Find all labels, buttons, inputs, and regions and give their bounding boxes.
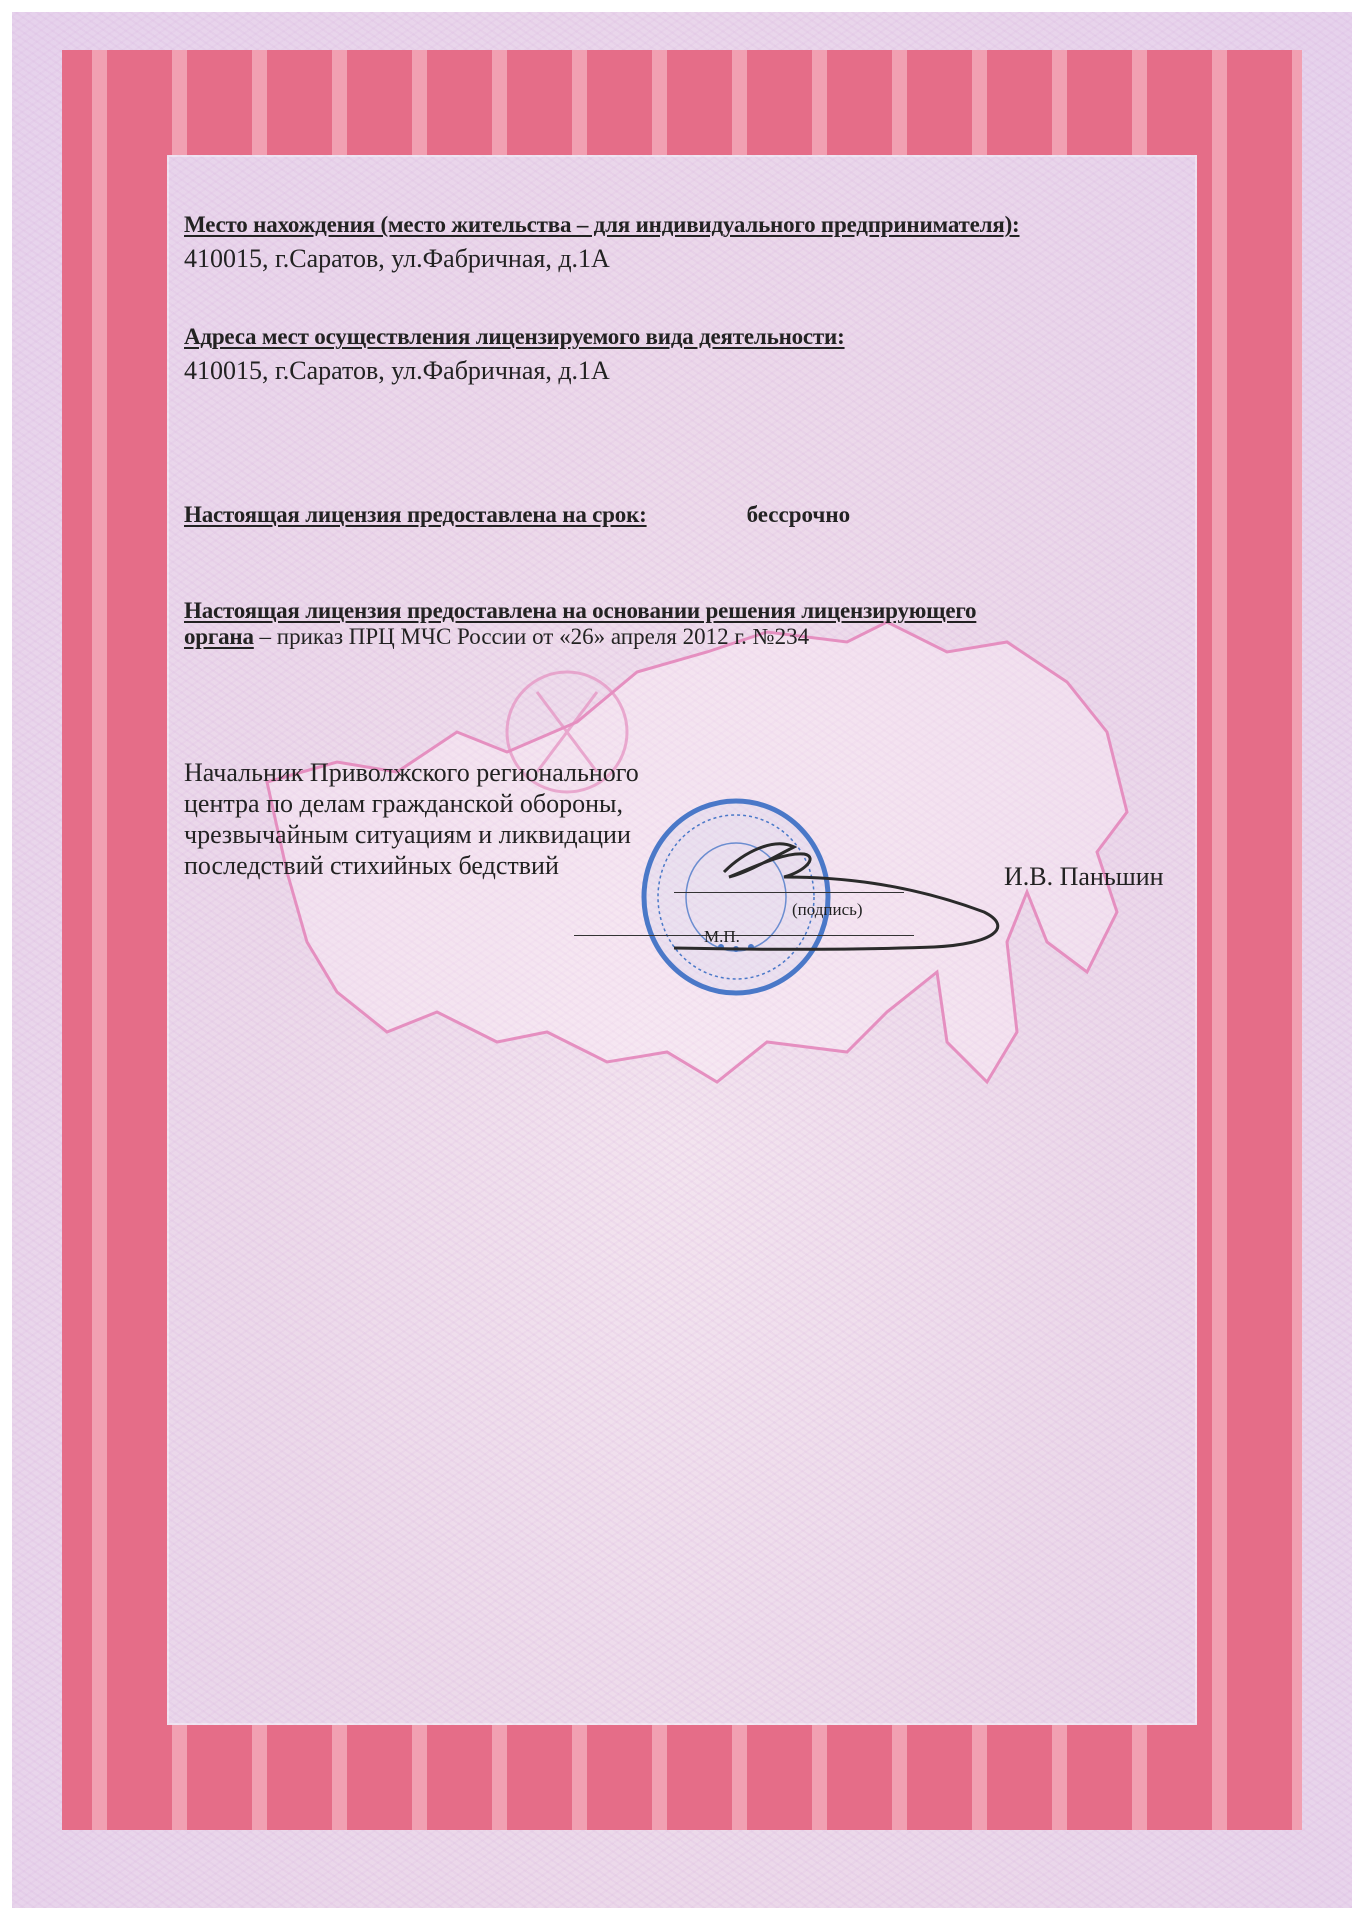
license-sheet: Место нахождения (место жительства – для… <box>12 12 1352 1908</box>
activity-address-heading: Адреса мест осуществления лицензируемого… <box>184 324 845 350</box>
basis-heading: Настоящая лицензия предоставлена на осно… <box>184 598 976 624</box>
term-value: бессрочно <box>747 502 851 528</box>
signatory-title-line: центра по делам гражданской обороны, <box>184 788 639 819</box>
signatory-title: Начальник Приволжского регионального цен… <box>184 757 639 881</box>
signatory-title-line: последствий стихийных бедствий <box>184 850 639 881</box>
signatory-title-line: Начальник Приволжского регионального <box>184 757 639 788</box>
location-value: 410015, г.Саратов, ул.Фабричная, д.1А <box>184 244 1020 274</box>
term-heading: Настоящая лицензия предоставлена на срок… <box>184 502 647 528</box>
handwritten-signature <box>654 832 1034 952</box>
location-heading: Место нахождения (место жительства – для… <box>184 212 1020 238</box>
basis-value: – приказ ПРЦ МЧС России от «26» апреля 2… <box>254 624 809 649</box>
basis-line: органа – приказ ПРЦ МЧС России от «26» а… <box>184 624 976 650</box>
basis-heading-organ: органа <box>184 624 254 649</box>
signatory-name: И.В. Паньшин <box>1004 862 1164 892</box>
activity-address-value: 410015, г.Саратов, ул.Фабричная, д.1А <box>184 356 845 386</box>
signatory-title-line: чрезвычайным ситуациям и ликвидации <box>184 819 639 850</box>
